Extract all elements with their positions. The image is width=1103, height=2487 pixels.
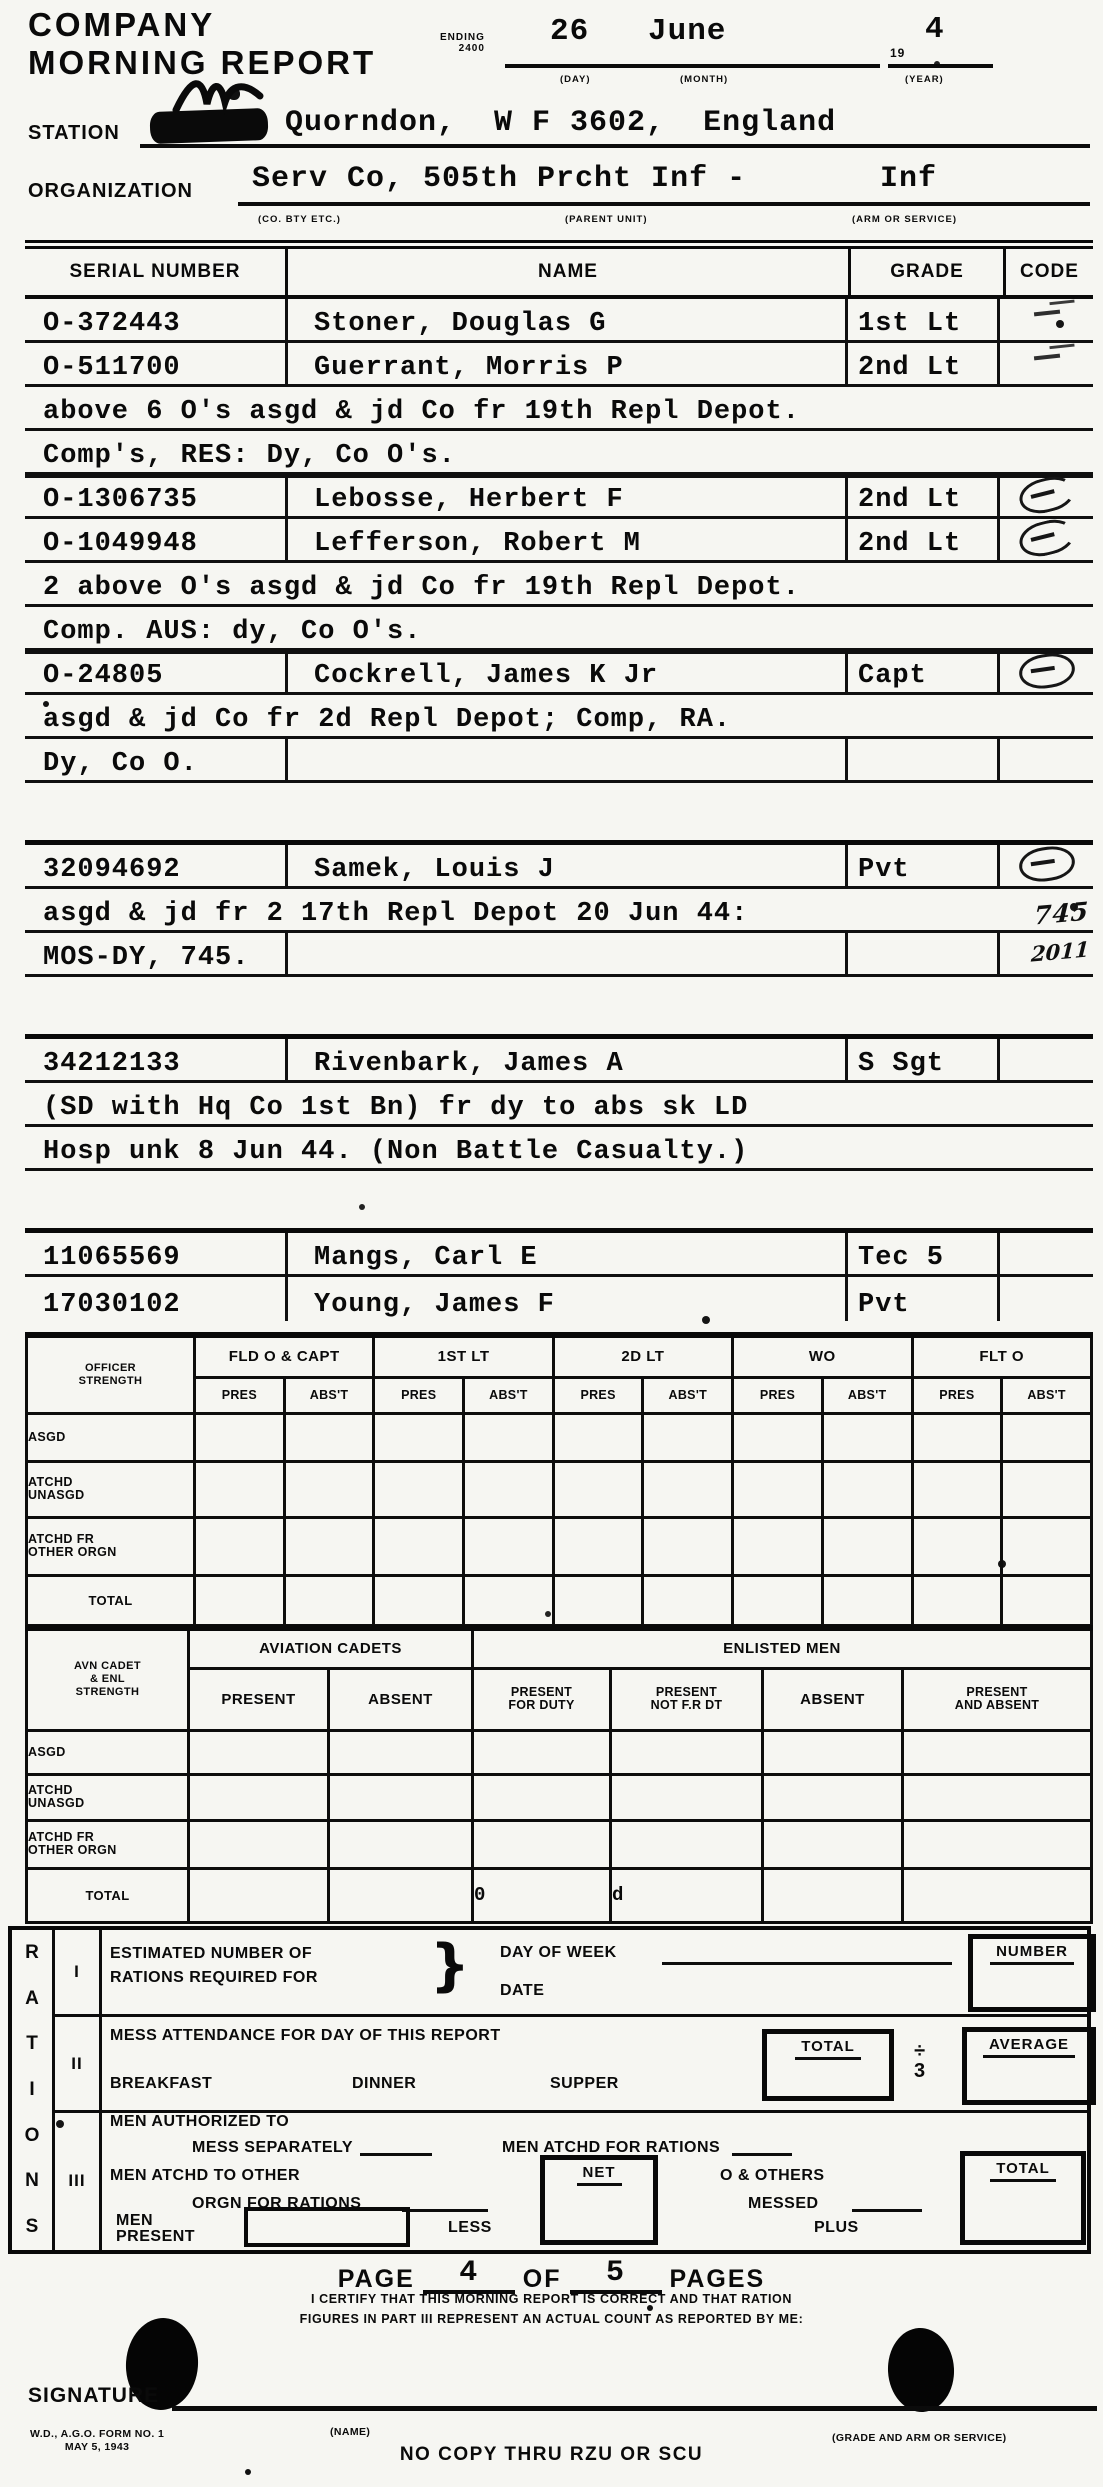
rations-section: R A T I O N S I ESTIMATED NUMBER OF RATI… [8, 1926, 1091, 2254]
empty-cell [195, 1413, 285, 1461]
abst-header: ABS'T [1002, 1377, 1092, 1413]
code-cell [997, 1039, 1093, 1080]
empty-cell [611, 1730, 763, 1774]
empty-cell [553, 1413, 643, 1461]
mess-separately-blank [360, 2127, 432, 2156]
roster-header-row: SERIAL NUMBER NAME GRADE CODE [25, 249, 1093, 299]
grade-caption: (GRADE AND ARM OR SERVICE) [832, 2432, 1007, 2445]
scan-specks [0, 0, 4, 4]
handwritten-code-mark [1033, 309, 1059, 315]
soldier-name: Lefferson, Robert M [285, 519, 845, 560]
avn-cadet-enl-strength-label: AVN CADET & ENL STRENGTH [27, 1628, 189, 1730]
roster-row-entry: O-372443 Stoner, Douglas G 1st Lt [25, 299, 1093, 343]
date-rule [505, 64, 880, 68]
page-count-line: PAGE4OF5PAGES [0, 2256, 1103, 2294]
breakfast-label: BREAKFAST [110, 2075, 212, 2093]
handwritten-code-mark [1015, 472, 1078, 519]
row-label-asgd: ASGD [27, 1730, 189, 1774]
remark-text: asgd & jd Co fr 2d Repl Depot; Comp, RA. [43, 705, 731, 735]
pres-header: PRES [195, 1377, 285, 1413]
vertical-letter: S [26, 2216, 39, 2238]
rations-row-2: II MESS ATTENDANCE FOR DAY OF THIS REPOR… [55, 2017, 1087, 2112]
empty-cell [822, 1517, 912, 1575]
mess-separately-label: MESS SEPARATELY [192, 2139, 353, 2157]
grade: S Sgt [845, 1039, 997, 1080]
roster-gap [25, 977, 1093, 1039]
copy-routing-note: NO COPY THRU RZU OR SCU [0, 2444, 1103, 2466]
empty-cell [763, 1730, 903, 1774]
empty-cell [473, 1730, 611, 1774]
form-title-line1: COMPANY [28, 6, 215, 44]
form-header: COMPANY MORNING REPORT ENDING 2400 26 Ju… [0, 6, 1103, 106]
empty-cell [374, 1517, 464, 1575]
remark-text: (SD with Hq Co 1st Bn) fr dy to abs sk L… [43, 1093, 748, 1123]
mess-attendance-label: MESS ATTENDANCE FOR DAY OF THIS REPORT [110, 2027, 501, 2045]
organization-rule [238, 202, 1090, 206]
men-present-box [244, 2207, 410, 2247]
empty-cell [284, 1461, 374, 1517]
cadets-absent-header: ABSENT [329, 1668, 473, 1730]
year-rule [888, 64, 993, 68]
number-box-label: NUMBER [990, 1943, 1074, 1965]
men-atchd-rations-blank [732, 2127, 792, 2156]
supper-label: SUPPER [550, 2075, 619, 2093]
empty-cell [912, 1413, 1002, 1461]
estimated-rations-label: ESTIMATED NUMBER OF RATIONS REQUIRED FOR [110, 1942, 318, 1990]
roman-numeral-2: II [55, 2017, 102, 2109]
table-row: ASGD [27, 1413, 1092, 1461]
table-row: ATCHD FR OTHER ORGN [27, 1517, 1092, 1575]
aviation-cadets-group: AVIATION CADETS [189, 1628, 473, 1668]
serial-number: O-372443 [25, 299, 285, 340]
morning-report-scan: COMPANY MORNING REPORT ENDING 2400 26 Ju… [0, 0, 1103, 2487]
vertical-letter: O [25, 2125, 40, 2147]
column-group-2d-lt: 2D LT [553, 1335, 732, 1377]
empty-cell [329, 1730, 473, 1774]
roster-row-remark: above 6 O's asgd & jd Co fr 19th Repl De… [25, 387, 1093, 431]
column-group-fldo-capt: FLD O & CAPT [195, 1335, 374, 1377]
pres-header: PRES [912, 1377, 1002, 1413]
report-month: June [648, 14, 726, 49]
form-number: W.D., A.G.O. FORM NO. 1 [30, 2428, 164, 2441]
abst-header: ABS'T [643, 1377, 733, 1413]
present-and-absent-header: PRESENT AND ABSENT [903, 1668, 1092, 1730]
code-cell [997, 845, 1093, 886]
empty-cell [553, 1575, 643, 1625]
empty-cell [329, 1774, 473, 1820]
men-present-label: MEN PRESENT [116, 2213, 195, 2245]
roster-row-remark-cols: MOS-DY, 745. 2011 [25, 933, 1093, 977]
roster-row-remark-cols: Dy, Co O. [25, 739, 1093, 783]
average-box: AVERAGE [962, 2027, 1096, 2105]
present-not-fd-header: PRESENT NOT F.R DT [611, 1668, 763, 1730]
co-bty-caption: (CO. BTY ETC.) [258, 214, 341, 225]
table-row: ATCHD UNASGD [27, 1774, 1092, 1820]
organization-arm: Inf [880, 162, 937, 196]
roster-row-entry: O-1049948 Lefferson, Robert M 2nd Lt [25, 519, 1093, 563]
roster-row-entry: O-1306735 Lebosse, Herbert F 2nd Lt [25, 475, 1093, 519]
empty-cell [733, 1517, 823, 1575]
column-group-1st-lt: 1ST LT [374, 1335, 553, 1377]
grade: Tec 5 [845, 1233, 997, 1274]
roster-row-entry: 17030102 Young, James F Pvt [25, 1277, 1093, 1321]
parent-unit-caption: (PARENT UNIT) [565, 214, 647, 225]
empty-cell [611, 1774, 763, 1820]
code-header: CODE [1020, 261, 1079, 283]
divisor: 3 [914, 2061, 925, 2081]
roster-table: SERIAL NUMBER NAME GRADE CODE O-372443 S… [25, 240, 1093, 1321]
serial-number: O-1306735 [25, 478, 285, 516]
enlisted-men-group: ENLISTED MEN [473, 1628, 1092, 1668]
signature-rule [172, 2384, 1097, 2411]
abst-header: ABS'T [822, 1377, 912, 1413]
empty-cell [903, 1774, 1092, 1820]
officer-strength-table: OFFICER STRENGTH FLD O & CAPT 1ST LT 2D … [25, 1332, 1093, 1627]
pres-header: PRES [733, 1377, 823, 1413]
column-group-wo: WO [733, 1335, 912, 1377]
empty-cell [464, 1413, 554, 1461]
total-present-for-duty-mark: 0 [473, 1868, 611, 1922]
present-for-duty-header: PRESENT FOR DUTY [473, 1668, 611, 1730]
grade: Capt [845, 654, 997, 692]
empty-cell [1002, 1575, 1092, 1625]
roster-row-remark: Hosp unk 8 Jun 44. (Non Battle Casualty.… [25, 1127, 1093, 1171]
vertical-letter: I [29, 2079, 34, 2101]
total-box-2-label: TOTAL [990, 2160, 1056, 2182]
handwritten-number: 745 [1033, 896, 1090, 930]
empty-cell [189, 1868, 329, 1922]
empty-cell [285, 933, 845, 974]
less-label: LESS [448, 2219, 492, 2237]
handwritten-scribble [170, 70, 266, 120]
vertical-letter: A [25, 1988, 39, 2010]
roman-numeral-1: I [55, 1930, 102, 2014]
messed-blank [852, 2183, 922, 2212]
roman-numeral-3: III [55, 2113, 102, 2250]
officer-strength-label: OFFICER STRENGTH [27, 1335, 195, 1413]
abst-header: ABS'T [464, 1377, 554, 1413]
empty-cell [643, 1461, 733, 1517]
empty-cell [284, 1575, 374, 1625]
empty-cell [912, 1575, 1002, 1625]
o-and-others-label: O & OTHERS [720, 2167, 825, 2185]
grade: 1st Lt [845, 299, 997, 340]
empty-cell [284, 1413, 374, 1461]
page-number: 4 [423, 2256, 515, 2294]
cadets-present-header: PRESENT [189, 1668, 329, 1730]
remark-text: asgd & jd fr 2 17th Repl Depot 20 Jun 44… [43, 899, 748, 929]
organization-label: ORGANIZATION [28, 180, 193, 203]
roster-row-entry: O-24805 Cockrell, James K Jr Capt [25, 651, 1093, 695]
dinner-label: DINNER [352, 2075, 416, 2093]
messed-label: MESSED [748, 2195, 819, 2213]
empty-cell [464, 1517, 554, 1575]
number-box: NUMBER [968, 1934, 1096, 2012]
empty-cell [464, 1461, 554, 1517]
empty-cell [822, 1413, 912, 1461]
grade-header: GRADE [890, 261, 964, 283]
name-caption: (NAME) [330, 2426, 370, 2439]
roster-gap [25, 783, 1093, 845]
table-row: TOTAL 0 d [27, 1868, 1092, 1922]
ending-2400-label: ENDING 2400 [440, 32, 485, 54]
serial-number-header: SERIAL NUMBER [70, 261, 241, 283]
roster-row-entry: O-511700 Guerrant, Morris P 2nd Lt [25, 343, 1093, 387]
empty-cell [1002, 1517, 1092, 1575]
empty-cell [903, 1730, 1092, 1774]
row-label-atchd-fr-other: ATCHD FR OTHER ORGN [27, 1517, 195, 1575]
empty-cell [845, 933, 997, 974]
day-of-week-blank [662, 1932, 952, 1965]
empty-cell [374, 1461, 464, 1517]
empty-cell [643, 1575, 733, 1625]
remark-text: MOS-DY, 745. [25, 933, 285, 974]
report-day: 26 [550, 14, 589, 49]
vertical-letter: N [25, 2170, 39, 2192]
grade: Pvt [845, 845, 997, 886]
enlisted-strength-table: AVN CADET & ENL STRENGTH AVIATION CADETS… [25, 1625, 1093, 1924]
empty-cell [643, 1413, 733, 1461]
soldier-name: Guerrant, Morris P [285, 343, 845, 384]
empty-cell [329, 1868, 473, 1922]
handwritten-code-mark [1016, 843, 1076, 884]
empty-cell [845, 739, 997, 780]
empty-cell [822, 1575, 912, 1625]
code-cell [997, 1277, 1093, 1321]
serial-number: O-1049948 [25, 519, 285, 560]
roster-gap [25, 1171, 1093, 1233]
name-header: NAME [538, 261, 598, 283]
soldier-name: Rivenbark, James A [285, 1039, 845, 1080]
net-box: NET [540, 2155, 658, 2245]
code-cell [997, 478, 1093, 516]
empty-cell [195, 1575, 285, 1625]
of-label: OF [523, 2265, 562, 2293]
roster-row-remark: Comp's, RES: Dy, Co O's. [25, 431, 1093, 475]
roster-row-remark: asgd & jd Co fr 2d Repl Depot; Comp, RA. [25, 695, 1093, 739]
remark-text: Dy, Co O. [25, 739, 285, 780]
men-atchd-other-label: MEN ATCHD TO OTHER [110, 2167, 300, 2185]
handwritten-code-mark [1016, 650, 1076, 691]
abst-header: ABS'T [284, 1377, 374, 1413]
column-group-flt-o: FLT O [912, 1335, 1092, 1377]
empty-cell [997, 739, 1093, 780]
empty-cell [903, 1868, 1092, 1922]
empty-cell [473, 1774, 611, 1820]
remark-text: above 6 O's asgd & jd Co fr 19th Repl De… [43, 397, 800, 427]
total-pages: 5 [570, 2256, 662, 2294]
serial-number: 32094692 [25, 845, 285, 886]
code-cell [997, 299, 1093, 340]
roster-row-entry: 32094692 Samek, Louis J Pvt [25, 845, 1093, 889]
empty-cell [553, 1461, 643, 1517]
serial-number: 34212133 [25, 1039, 285, 1080]
soldier-name: Stoner, Douglas G [285, 299, 845, 340]
roster-row-remark: asgd & jd fr 2 17th Repl Depot 20 Jun 44… [25, 889, 1093, 933]
signature-label: SIGNATURE [28, 2384, 159, 2408]
code-cell [997, 519, 1093, 560]
day-caption: (DAY) [560, 74, 591, 85]
soldier-name: Samek, Louis J [285, 845, 845, 886]
day-of-week-label: DAY OF WEEK [500, 1944, 617, 1962]
arm-service-caption: (ARM OR SERVICE) [852, 214, 957, 225]
code-cell [997, 343, 1093, 384]
empty-cell [284, 1517, 374, 1575]
empty-cell [643, 1517, 733, 1575]
empty-cell [822, 1461, 912, 1517]
empty-cell [374, 1413, 464, 1461]
roster-row-remark: Comp. AUS: dy, Co O's. [25, 607, 1093, 651]
rations-row-3: III MEN AUTHORIZED TO MESS SEPARATELY ME… [55, 2113, 1087, 2250]
remark-text: 2 above O's asgd & jd Co fr 19th Repl De… [43, 573, 800, 603]
empty-cell [195, 1461, 285, 1517]
rations-vertical-label: R A T I O N S [12, 1930, 55, 2250]
remark-text: Comp. AUS: dy, Co O's. [43, 617, 421, 647]
row-label-total: TOTAL [27, 1868, 189, 1922]
empty-cell [733, 1575, 823, 1625]
vertical-letter: R [25, 1942, 39, 1964]
pres-header: PRES [553, 1377, 643, 1413]
absent-header: ABSENT [763, 1668, 903, 1730]
table-row: AVN CADET & ENL STRENGTH AVIATION CADETS… [27, 1628, 1092, 1668]
empty-cell [285, 739, 845, 780]
row-label-total: TOTAL [27, 1575, 195, 1625]
empty-cell [763, 1820, 903, 1868]
row-label-atchd-unasgd: ATCHD UNASGD [27, 1461, 195, 1517]
grade: 2nd Lt [845, 478, 997, 516]
row-label-atchd-fr-other: ATCHD FR OTHER ORGN [27, 1820, 189, 1868]
organization-value: Serv Co, 505th Prcht Inf - [252, 162, 746, 196]
row-label-atchd-unasgd: ATCHD UNASGD [27, 1774, 189, 1820]
rations-row-1: I ESTIMATED NUMBER OF RATIONS REQUIRED F… [55, 1930, 1087, 2017]
table-row: ATCHD FR OTHER ORGN [27, 1820, 1092, 1868]
roster-row-remark: (SD with Hq Co 1st Bn) fr dy to abs sk L… [25, 1083, 1093, 1127]
year-prefix: 19 [890, 46, 905, 60]
station-rule [140, 144, 1090, 148]
empty-cell [912, 1461, 1002, 1517]
average-box-label: AVERAGE [983, 2036, 1075, 2058]
total-box-2: TOTAL [960, 2151, 1086, 2245]
grade: 2nd Lt [845, 519, 997, 560]
row-label-asgd: ASGD [27, 1413, 195, 1461]
empty-cell [473, 1820, 611, 1868]
report-year: 4 [925, 12, 945, 47]
station-row: STATION Quorndon, W F 3602, England [0, 104, 1103, 156]
station-label: STATION [28, 122, 120, 145]
empty-cell [189, 1730, 329, 1774]
brace-glyph: } [430, 1938, 470, 1994]
empty-cell [763, 1774, 903, 1820]
soldier-name: Cockrell, James K Jr [285, 654, 845, 692]
empty-cell [1002, 1413, 1092, 1461]
empty-cell [374, 1575, 464, 1625]
page-label: PAGE [338, 2265, 415, 2293]
total-box: TOTAL [762, 2029, 894, 2101]
remark-text: Comp's, RES: Dy, Co O's. [43, 441, 456, 471]
year-caption: (YEAR) [905, 74, 944, 85]
empty-cell [464, 1575, 554, 1625]
pages-label: PAGES [670, 2265, 766, 2293]
table-row: ASGD [27, 1730, 1092, 1774]
orgn-for-rations-blank [402, 2183, 488, 2212]
table-row: OFFICER STRENGTH FLD O & CAPT 1ST LT 2D … [27, 1335, 1092, 1377]
roster-row-entry: 11065569 Mangs, Carl E Tec 5 [25, 1233, 1093, 1277]
date-label: DATE [500, 1982, 544, 2000]
remark-text: Hosp unk 8 Jun 44. (Non Battle Casualty.… [43, 1137, 748, 1167]
empty-cell [611, 1820, 763, 1868]
divide-sign: ÷ [914, 2041, 925, 2061]
serial-number: O-511700 [25, 343, 285, 384]
empty-cell [195, 1517, 285, 1575]
serial-number: 17030102 [25, 1277, 285, 1321]
handwritten-code-mark [1015, 514, 1078, 561]
month-caption: (MONTH) [680, 74, 728, 85]
certification-line-1: I CERTIFY THAT THIS MORNING REPORT IS CO… [0, 2292, 1103, 2306]
grade: Pvt [845, 1277, 997, 1321]
empty-cell [553, 1517, 643, 1575]
roster-row-entry: 34212133 Rivenbark, James A S Sgt [25, 1039, 1093, 1083]
code-cell: 2011 [997, 933, 1093, 974]
vertical-letter: T [26, 2033, 38, 2055]
grade: 2nd Lt [845, 343, 997, 384]
empty-cell [189, 1774, 329, 1820]
handwritten-number: 2011 [1030, 936, 1090, 966]
organization-row: ORGANIZATION Serv Co, 505th Prcht Inf - … [0, 158, 1103, 238]
empty-cell [912, 1517, 1002, 1575]
table-row: TOTAL [27, 1575, 1092, 1625]
soldier-name: Mangs, Carl E [285, 1233, 845, 1274]
soldier-name: Lebosse, Herbert F [285, 478, 845, 516]
soldier-name: Young, James F [285, 1277, 845, 1321]
code-cell [997, 1233, 1093, 1274]
net-box-label: NET [577, 2164, 622, 2186]
empty-cell [1002, 1461, 1092, 1517]
empty-cell [189, 1820, 329, 1868]
total-present-not-mark: d [611, 1868, 763, 1922]
empty-cell [903, 1820, 1092, 1868]
men-authorized-label: MEN AUTHORIZED TO [110, 2113, 289, 2131]
empty-cell [733, 1413, 823, 1461]
handwritten-code-mark [1033, 353, 1059, 359]
plus-label: PLUS [814, 2219, 859, 2237]
station-value: Quorndon, W F 3602, England [285, 106, 836, 140]
roster-row-remark: 2 above O's asgd & jd Co fr 19th Repl De… [25, 563, 1093, 607]
empty-cell [733, 1461, 823, 1517]
pres-header: PRES [374, 1377, 464, 1413]
serial-number: O-24805 [25, 654, 285, 692]
code-cell [997, 654, 1093, 692]
empty-cell [329, 1820, 473, 1868]
serial-number: 11065569 [25, 1233, 285, 1274]
total-box-label: TOTAL [795, 2038, 861, 2060]
table-row: ATCHD UNASGD [27, 1461, 1092, 1517]
empty-cell [763, 1868, 903, 1922]
